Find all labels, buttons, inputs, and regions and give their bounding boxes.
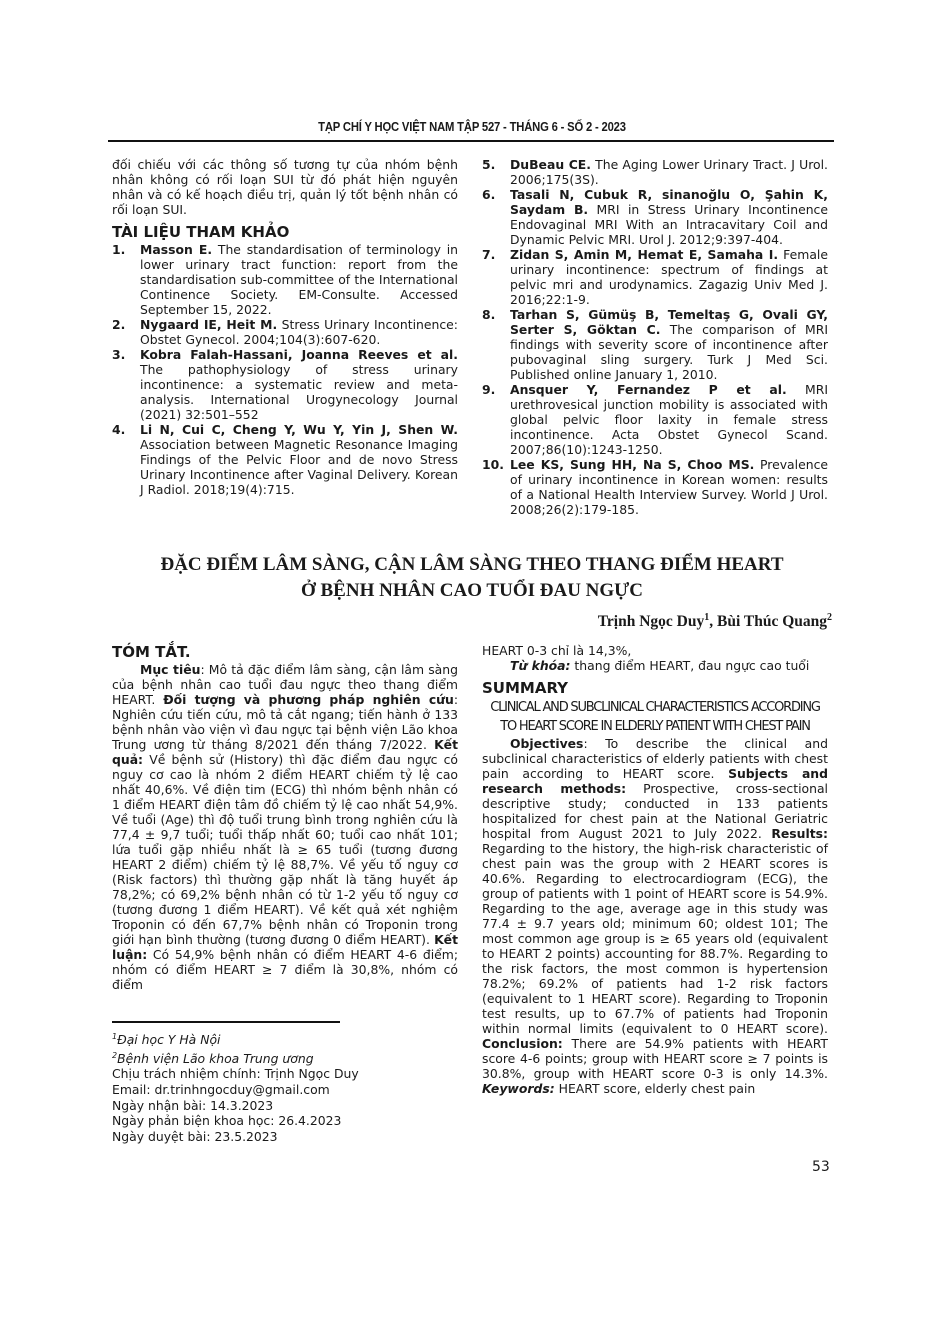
reference-authors: Li N, Cui C, Cheng Y, Wu Y, Yin J, Shen … <box>140 422 458 437</box>
author-separator: , <box>709 613 717 630</box>
reference-body: Kobra Falah-Hassani, Joanna Reeves et al… <box>140 347 458 422</box>
journal-page: TẠP CHÍ Y HỌC VIỆT NAM TẬP 527 - THÁNG 6… <box>0 0 942 1333</box>
reference-body: Zidan S, Amin M, Hemat E, Samaha I. Fema… <box>510 247 828 307</box>
affiliation-1-text: Đại học Y Hà Nội <box>117 1032 220 1047</box>
conclusion-text: Có 54,9% bệnh nhân có điểm HEART 4-6 điể… <box>112 947 458 992</box>
keywords-en-label: Keywords: <box>482 1081 555 1096</box>
references-heading: TÀI LIỆU THAM KHẢO <box>112 223 458 241</box>
reference-item: 8.Tarhan S, Gümüş B, Temeltaş G, Ovali G… <box>482 307 828 382</box>
affiliation-2: 2Bệnh viện Lão khoa Trung ương <box>112 1048 458 1067</box>
reference-body: Tarhan S, Gümüş B, Temeltaş G, Ovali GY,… <box>510 307 828 382</box>
header-rule <box>108 140 834 142</box>
keywords-vietnamese: Từ khóa: thang điểm HEART, đau ngực cao … <box>482 658 828 673</box>
contact-email: Email: dr.trinhngocduy@gmail.com <box>112 1082 458 1098</box>
methods-label: Đối tượng và phương pháp nghiên cứu <box>163 692 454 707</box>
reference-number: 5. <box>482 157 510 187</box>
reference-authors: Ansquer Y, Fernandez P et al. <box>510 382 787 397</box>
summary-heading: SUMMARY <box>482 679 828 697</box>
reference-item: 4.Li N, Cui C, Cheng Y, Wu Y, Yin J, She… <box>112 422 458 497</box>
author-2: Bùi Thúc Quang <box>717 613 827 630</box>
reference-authors: Kobra Falah-Hassani, Joanna Reeves et al… <box>140 347 458 362</box>
keywords-vi-text: thang điểm HEART, đau ngực cao tuổi <box>570 658 809 673</box>
reference-number: 3. <box>112 347 140 422</box>
reference-number: 1. <box>112 242 140 317</box>
reference-number: 8. <box>482 307 510 382</box>
footnotes: 1Đại học Y Hà Nội 2Bệnh viện Lão khoa Tr… <box>112 1029 458 1144</box>
left-column-top: đối chiếu với các thông số tương tự của … <box>112 157 458 497</box>
journal-header: TẠP CHÍ Y HỌC VIỆT NAM TẬP 527 - THÁNG 6… <box>148 120 796 134</box>
reference-text: Association between Magnetic Resonance I… <box>140 437 458 497</box>
reference-authors: Masson E. <box>140 242 212 257</box>
reference-item: 10.Lee KS, Sung HH, Na S, Choo MS. Preva… <box>482 457 828 517</box>
reference-authors: Zidan S, Amin M, Hemat E, Samaha I. <box>510 247 778 262</box>
author-2-affiliation: 2 <box>827 612 832 623</box>
reference-item: 7.Zidan S, Amin M, Hemat E, Samaha I. Fe… <box>482 247 828 307</box>
reference-item: 6.Tasali N, Cubuk R, sinanoğlu O, Şahin … <box>482 187 828 247</box>
reference-number: 4. <box>112 422 140 497</box>
results-en-label: Results: <box>771 826 828 841</box>
keywords-vi-label: Từ khóa: <box>510 658 570 673</box>
abstract-continuation: HEART 0-3 chỉ là 14,3%, <box>482 643 828 658</box>
references-list-left: 1.Masson E. The standardisation of termi… <box>112 242 458 497</box>
abstract-heading: TÓM TẮT. <box>112 643 458 661</box>
reference-number: 2. <box>112 317 140 347</box>
reviewed-date: Ngày phản biện khoa học: 26.4.2023 <box>112 1113 458 1129</box>
reference-item: 9.Ansquer Y, Fernandez P et al. MRI uret… <box>482 382 828 457</box>
reference-number: 9. <box>482 382 510 457</box>
reference-item: 1.Masson E. The standardisation of termi… <box>112 242 458 317</box>
reference-number: 7. <box>482 247 510 307</box>
objectives-label: Objectives <box>510 736 583 751</box>
footnote-rule <box>112 1021 340 1023</box>
reference-body: Masson E. The standardisation of termino… <box>140 242 458 317</box>
results-text: Về bệnh sử (History) thì đặc điểm đau ng… <box>112 752 458 947</box>
reference-authors: Nygaard IE, Heit M. <box>140 317 277 332</box>
results-en-text: Regarding to the history, the high-risk … <box>482 841 828 1036</box>
right-column-bottom: HEART 0-3 chỉ là 14,3%, Từ khóa: thang đ… <box>482 643 828 1096</box>
article-authors: Trịnh Ngọc Duy1, Bùi Thúc Quang2 <box>598 612 832 631</box>
affiliation-1: 1Đại học Y Hà Nội <box>112 1029 458 1048</box>
affiliation-2-text: Bệnh viện Lão khoa Trung ương <box>117 1051 313 1066</box>
abstract-paragraph: Mục tiêu: Mô tả đặc điểm lâm sàng, cận l… <box>112 662 458 992</box>
reference-item: 3.Kobra Falah-Hassani, Joanna Reeves et … <box>112 347 458 422</box>
reference-body: Lee KS, Sung HH, Na S, Choo MS. Prevalen… <box>510 457 828 517</box>
summary-paragraph: Objectives: To describe the clinical and… <box>482 736 828 1096</box>
reference-text: The pathophysiology of stress urinary in… <box>140 362 458 422</box>
reference-body: Tasali N, Cubuk R, sinanoğlu O, Şahin K,… <box>510 187 828 247</box>
reference-item: 2.Nygaard IE, Heit M. Stress Urinary Inc… <box>112 317 458 347</box>
conclusion-en-label: Conclusion: <box>482 1036 563 1051</box>
page-number: 53 <box>812 1159 830 1175</box>
reference-authors: Lee KS, Sung HH, Na S, Choo MS. <box>510 457 754 472</box>
reference-body: DuBeau CE. The Aging Lower Urinary Tract… <box>510 157 828 187</box>
right-column-top: 5.DuBeau CE. The Aging Lower Urinary Tra… <box>482 157 828 517</box>
reference-number: 6. <box>482 187 510 247</box>
summary-title: CLINICAL AND SUBCLINICAL CHARACTERISTICS… <box>482 698 828 736</box>
reference-item: 5.DuBeau CE. The Aging Lower Urinary Tra… <box>482 157 828 187</box>
references-list-right: 5.DuBeau CE. The Aging Lower Urinary Tra… <box>482 157 828 517</box>
keywords-en-text: HEART score, elderly chest pain <box>555 1081 756 1096</box>
reference-authors: DuBeau CE. <box>510 157 591 172</box>
reference-body: Nygaard IE, Heit M. Stress Urinary Incon… <box>140 317 458 347</box>
article-title: ĐẶC ĐIỂM LÂM SÀNG, CẬN LÂM SÀNG THEO THA… <box>112 552 832 604</box>
received-date: Ngày nhận bài: 14.3.2023 <box>112 1098 458 1114</box>
article-title-line-1: ĐẶC ĐIỂM LÂM SÀNG, CẬN LÂM SÀNG THEO THA… <box>112 552 832 578</box>
abstract-vietnamese: TÓM TẮT. Mục tiêu: Mô tả đặc điểm lâm sà… <box>112 643 458 992</box>
responsible-author: Chịu trách nhiệm chính: Trịnh Ngọc Duy <box>112 1066 458 1082</box>
accepted-date: Ngày duyệt bài: 23.5.2023 <box>112 1129 458 1145</box>
reference-body: Li N, Cui C, Cheng Y, Wu Y, Yin J, Shen … <box>140 422 458 497</box>
continuation-paragraph: đối chiếu với các thông số tương tự của … <box>112 157 458 217</box>
reference-body: Ansquer Y, Fernandez P et al. MRI urethr… <box>510 382 828 457</box>
objective-label: Mục tiêu <box>140 662 200 677</box>
reference-number: 10. <box>482 457 510 517</box>
author-1: Trịnh Ngọc Duy <box>598 613 705 630</box>
article-title-line-2: Ở BỆNH NHÂN CAO TUỔI ĐAU NGỰC <box>112 578 832 604</box>
